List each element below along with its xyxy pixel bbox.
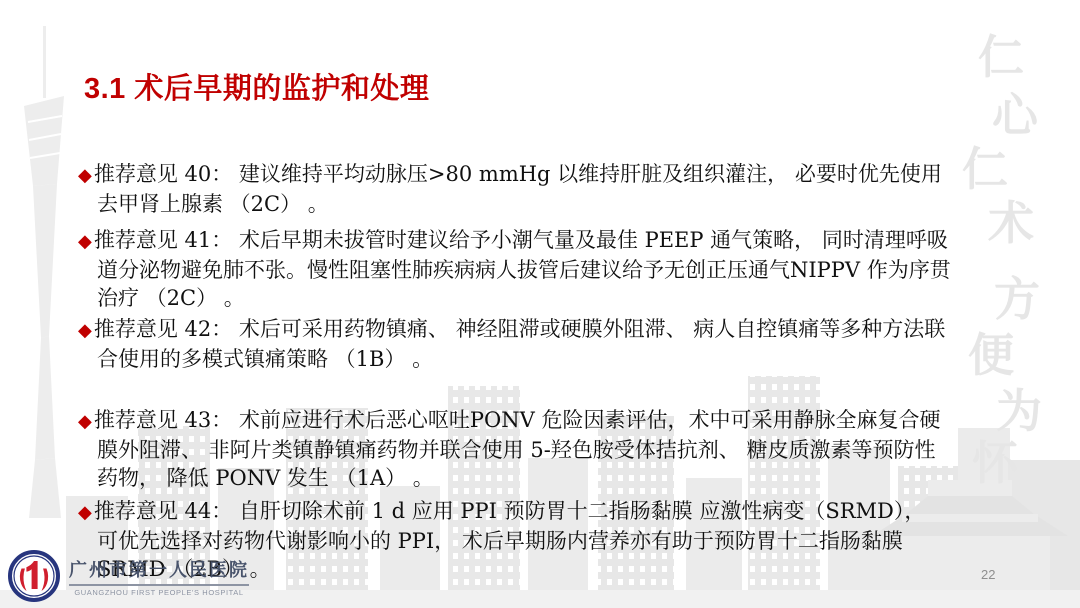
presentation-slide: 仁 心 仁 术 方 便 为 怀 3.1 术后早期的监护和处理 ◆推荐意见 40：… <box>0 0 1080 608</box>
motto-char: 方 <box>994 276 1040 322</box>
recommendation-text: 推荐意见 42： 术后可采用药物镇痛、 神经阻滞或硬膜外阻滞、 病人自控镇痛等多… <box>94 317 945 371</box>
recommendation-text: 推荐意见 40： 建议维持平均动脉压>80 mmHg 以维持肝脏及组织灌注， 必… <box>94 162 942 216</box>
slide-title: 3.1 术后早期的监护和处理 <box>84 66 429 107</box>
diamond-bullet-icon: ◆ <box>78 165 92 186</box>
recommendations-list: ◆推荐意见 40： 建议维持平均动脉压>80 mmHg 以维持肝脏及组织灌注， … <box>78 160 952 583</box>
recommendation-text: 推荐意见 41： 术后早期未拔管时建议给予小潮气量及最佳 PEEP 通气策略， … <box>94 228 951 310</box>
page-number: 22 <box>981 567 995 582</box>
hospital-name-block: 广州市第一人民医院 GUANGZHOU FIRST PEOPLE'S HOSPI… <box>69 556 249 597</box>
recommendation-item: ◆推荐意见 42： 术后可采用药物镇痛、 神经阻滞或硬膜外阻滞、 病人自控镇痛等… <box>78 315 952 373</box>
recommendation-item: ◆推荐意见 40： 建议维持平均动脉压>80 mmHg 以维持肝脏及组织灌注， … <box>78 160 952 218</box>
recommendation-text: 推荐意见 43： 术前应进行术后恶心呕吐PONV 危险因素评估，术中可采用静脉全… <box>94 408 941 490</box>
hospital-logo-icon <box>8 550 60 602</box>
hospital-name-cn: 广州市第一人民医院 <box>69 556 249 586</box>
hospital-name-en: GUANGZHOU FIRST PEOPLE'S HOSPITAL <box>69 588 249 597</box>
diamond-bullet-icon: ◆ <box>78 320 92 341</box>
hospital-footer: 广州市第一人民医院 GUANGZHOU FIRST PEOPLE'S HOSPI… <box>8 550 249 602</box>
recommendation-item: ◆推荐意见 43： 术前应进行术后恶心呕吐PONV 危险因素评估，术中可采用静脉… <box>78 406 952 492</box>
motto-char: 为 <box>996 388 1042 434</box>
recommendation-item: ◆推荐意见 41： 术后早期未拔管时建议给予小潮气量及最佳 PEEP 通气策略，… <box>78 226 952 312</box>
motto-char: 便 <box>968 332 1014 378</box>
motto-char: 术 <box>988 200 1034 246</box>
motto-char: 怀 <box>972 440 1018 486</box>
diamond-bullet-icon: ◆ <box>78 502 92 523</box>
diamond-bullet-icon: ◆ <box>78 411 92 432</box>
diamond-bullet-icon: ◆ <box>78 231 92 252</box>
motto-char: 仁 <box>962 146 1008 192</box>
motto-char: 心 <box>992 92 1038 138</box>
motto-char: 仁 <box>978 34 1024 80</box>
